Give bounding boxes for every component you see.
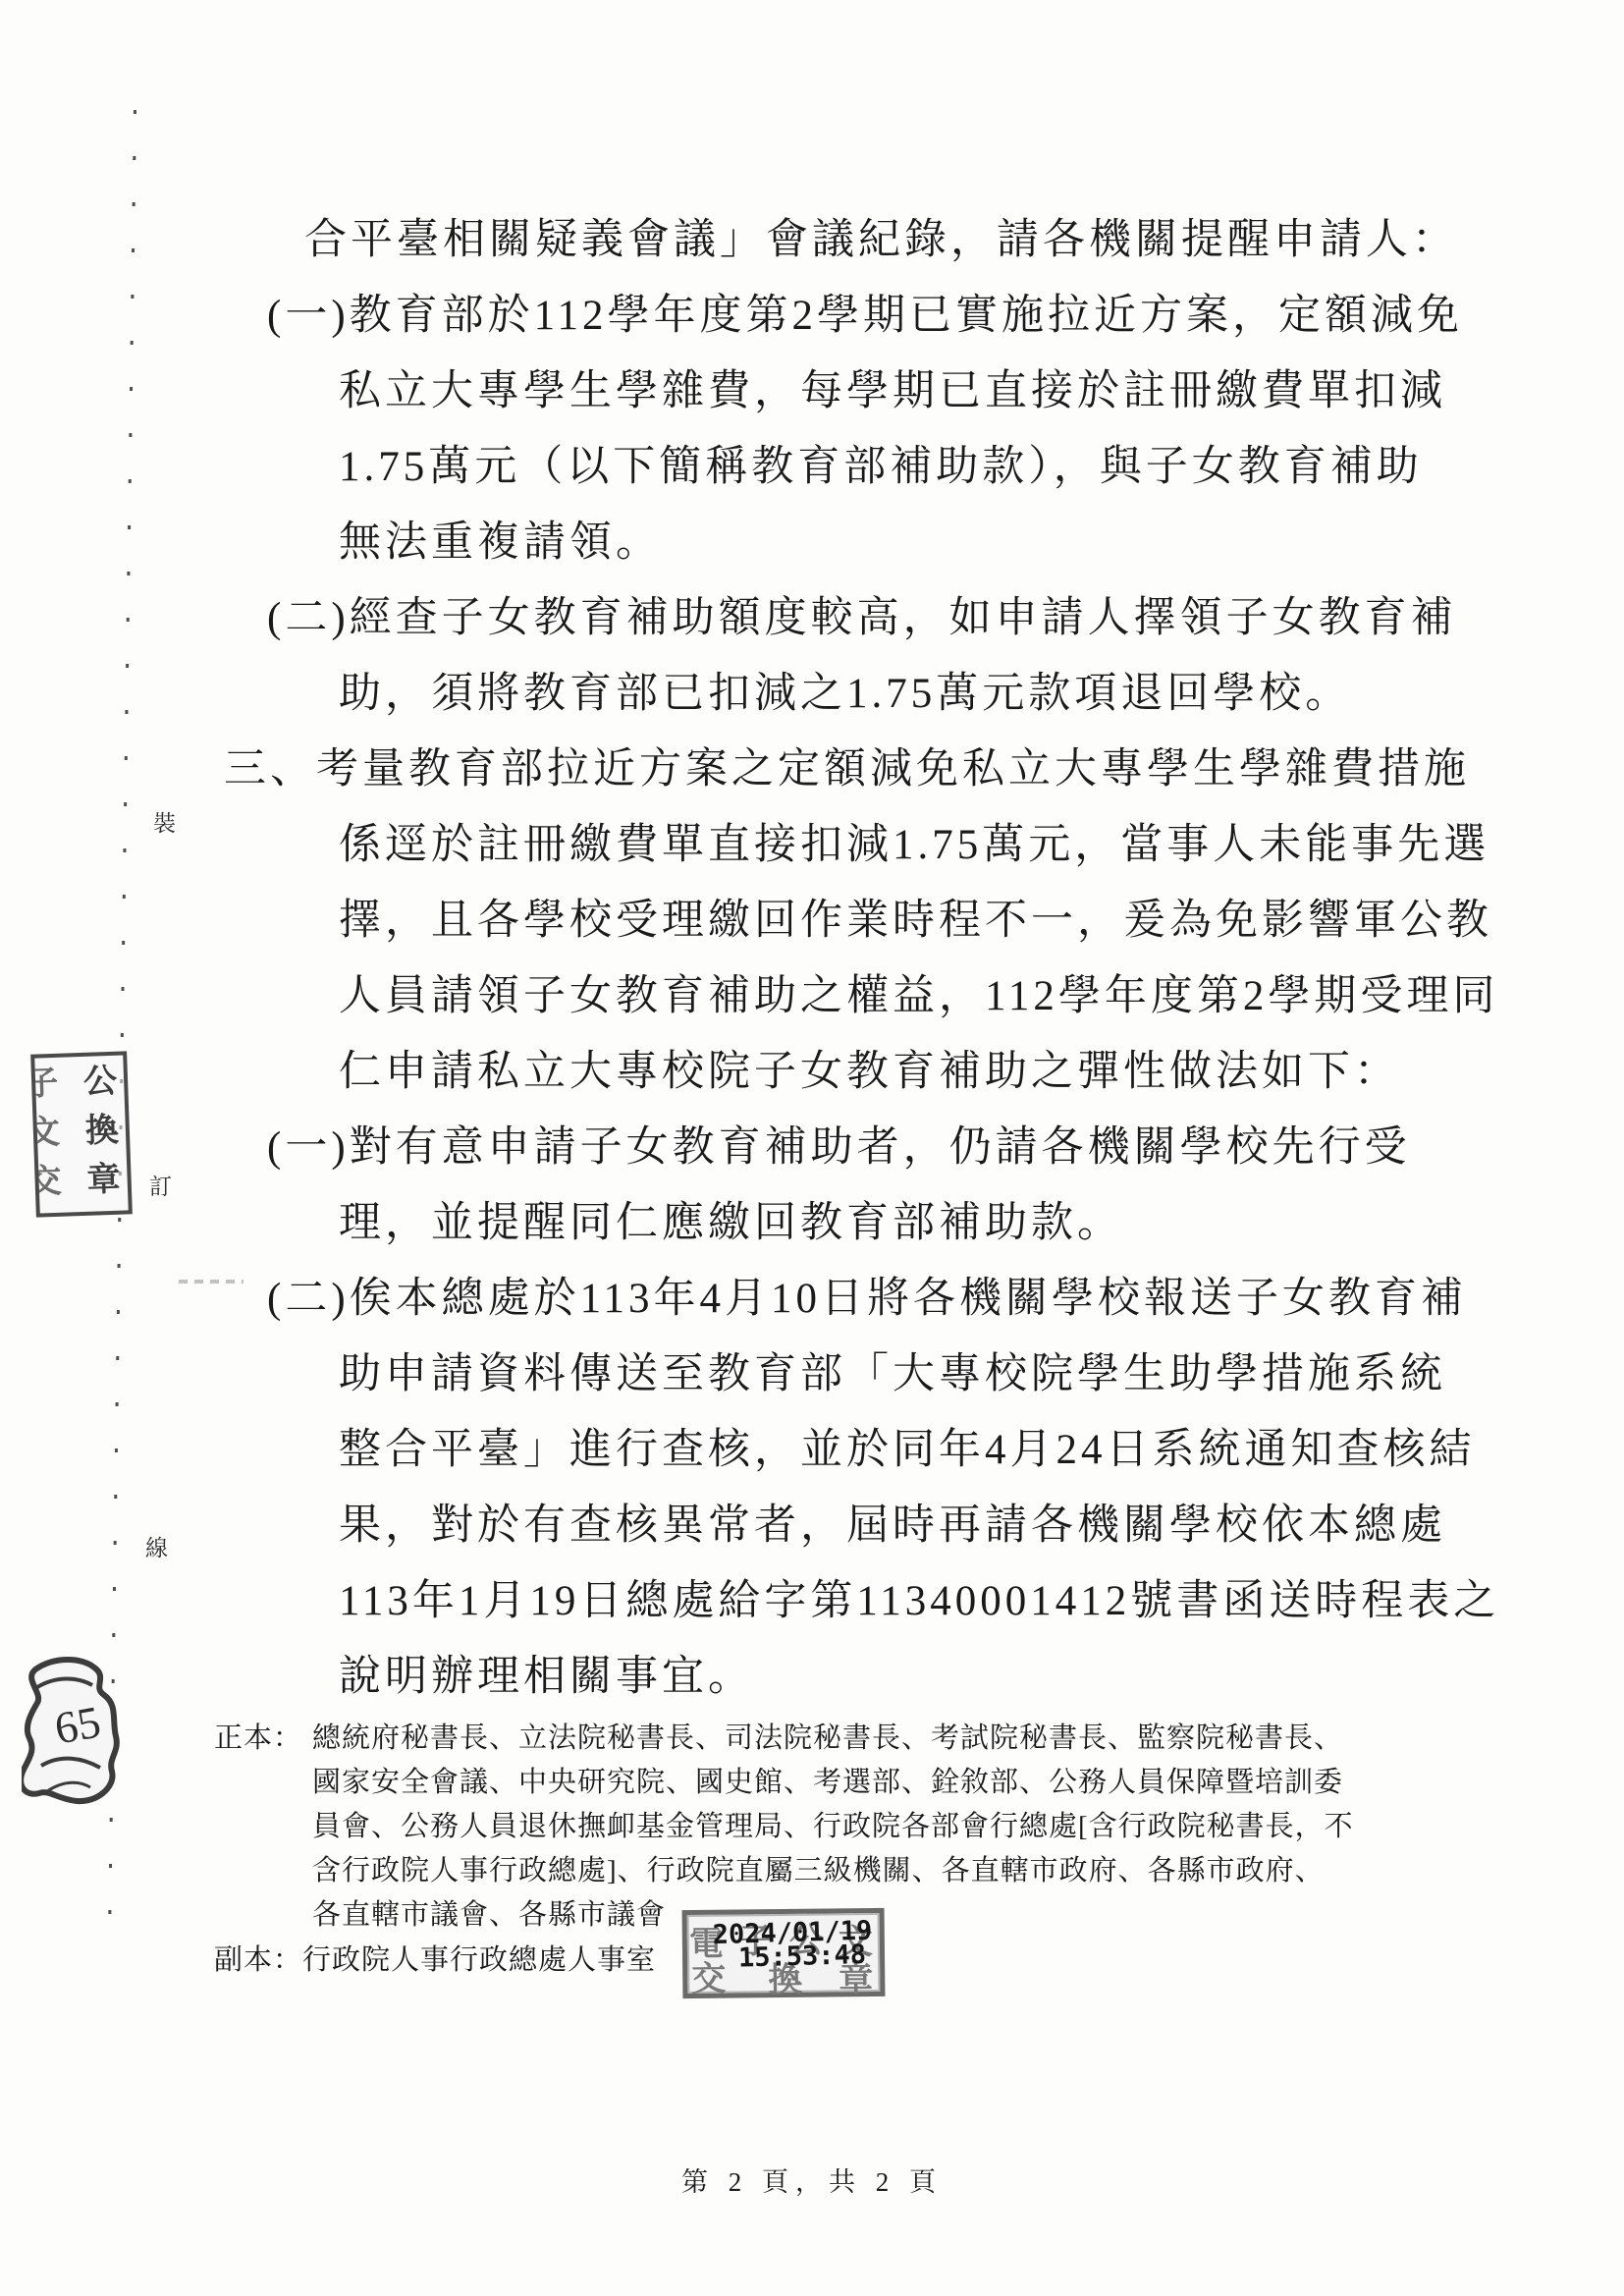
text-line: 整合平臺」進行查核，並於同年4月24日系統通知查核結 [0,1412,1532,1488]
scanned-document-page: 裝 訂 線 子文交 公換章 65 合平臺相關疑義會議」會議紀錄，請各機關提醒申請… [0,0,1624,2296]
fuben-label: 副本： [214,1944,302,1976]
stamp-time: 15:53:48 [738,1940,867,1974]
text-line: 果，對於有查核異常者，屆時再請各機關學校依本總處 [0,1488,1532,1563]
text-line: 說明辦理相關事宜。 [0,1639,1532,1715]
fuben-row: 副本：行政院人事行政總處人事室 [214,1939,656,1983]
text-line: (二)俟本總處於113年4月10日將各機關學校報送子女教育補 [0,1261,1532,1337]
stamp-char-jiao: 交 [691,1952,727,2001]
text-line: 理，並提醒同仁應繳回教育部補助款。 [0,1185,1532,1261]
text-line: 員會、公務人員退休撫卹基金管理局、行政院各部會行總處[含行政院秘書長，不 [312,1805,1532,1849]
electronic-exchange-stamp: 電 子 公 文 交 換 章 2024/01/19 15:53:48 [682,1908,886,1998]
page-footer: 第 2 頁，共 2 頁 [0,2160,1624,2199]
text-line: 三、考量教育部拉近方案之定額減免私立大專學生學雜費措施 [0,732,1532,807]
text-line: 無法重複請領。 [0,505,1532,580]
text-line: (一)教育部於112學年度第2學期已實施拉近方案，定額減免 [0,278,1532,354]
text-line: 113年1月19日總處給字第11340001412號書函送時程表之 [0,1563,1532,1639]
text-line: 助，須將教育部已扣減之1.75萬元款項退回學校。 [0,656,1532,732]
text-line: 總統府秘書長、立法院秘書長、司法院秘書長、考試院秘書長、監察院秘書長、 [312,1717,1532,1761]
text-line: (二)經查子女教育補助額度較高，如申請人擇領子女教育補 [0,580,1532,656]
text-line: 係逕於註冊繳費單直接扣減1.75萬元，當事人未能事先選 [0,807,1532,883]
text-line: 人員請領子女教育補助之權益，112學年度第2學期受理同 [0,958,1532,1034]
text-line: 合平臺相關疑義會議」會議紀錄，請各機關提醒申請人： [0,202,1532,278]
text-line: 擇，且各學校受理繳回作業時程不一，爰為免影響軍公教 [0,883,1532,958]
text-line: 各直轄市議會、各縣市議會 [312,1893,1532,1938]
fuben-text: 行政院人事行政總處人事室 [302,1944,656,1976]
recipients-block: 正本： 總統府秘書長、立法院秘書長、司法院秘書長、考試院秘書長、監察院秘書長、國… [0,1717,1532,1938]
text-line: 助申請資料傳送至教育部「大專校院學生助學措施系統 [0,1337,1532,1412]
text-line: 仁申請私立大專校院子女教育補助之彈性做法如下： [0,1034,1532,1110]
text-line: 私立大專學生學雜費，每學期已直接於註冊繳費單扣減 [0,354,1532,429]
text-line: 1.75萬元（以下簡稱教育部補助款），與子女教育補助 [0,429,1532,505]
text-line: (一)對有意申請子女教育補助者，仍請各機關學校先行受 [0,1110,1532,1185]
text-line: 國家安全會議、中央研究院、國史館、考選部、銓敘部、公務人員保障暨培訓委 [312,1761,1532,1805]
text-line: 含行政院人事行政總處]、行政院直屬三級機關、各直轄市政府、各縣市政府、 [312,1849,1532,1893]
zhengben-label: 正本： [214,1717,302,1761]
body-text: 合平臺相關疑義會議」會議紀錄，請各機關提醒申請人：(一)教育部於112學年度第2… [0,202,1532,1715]
